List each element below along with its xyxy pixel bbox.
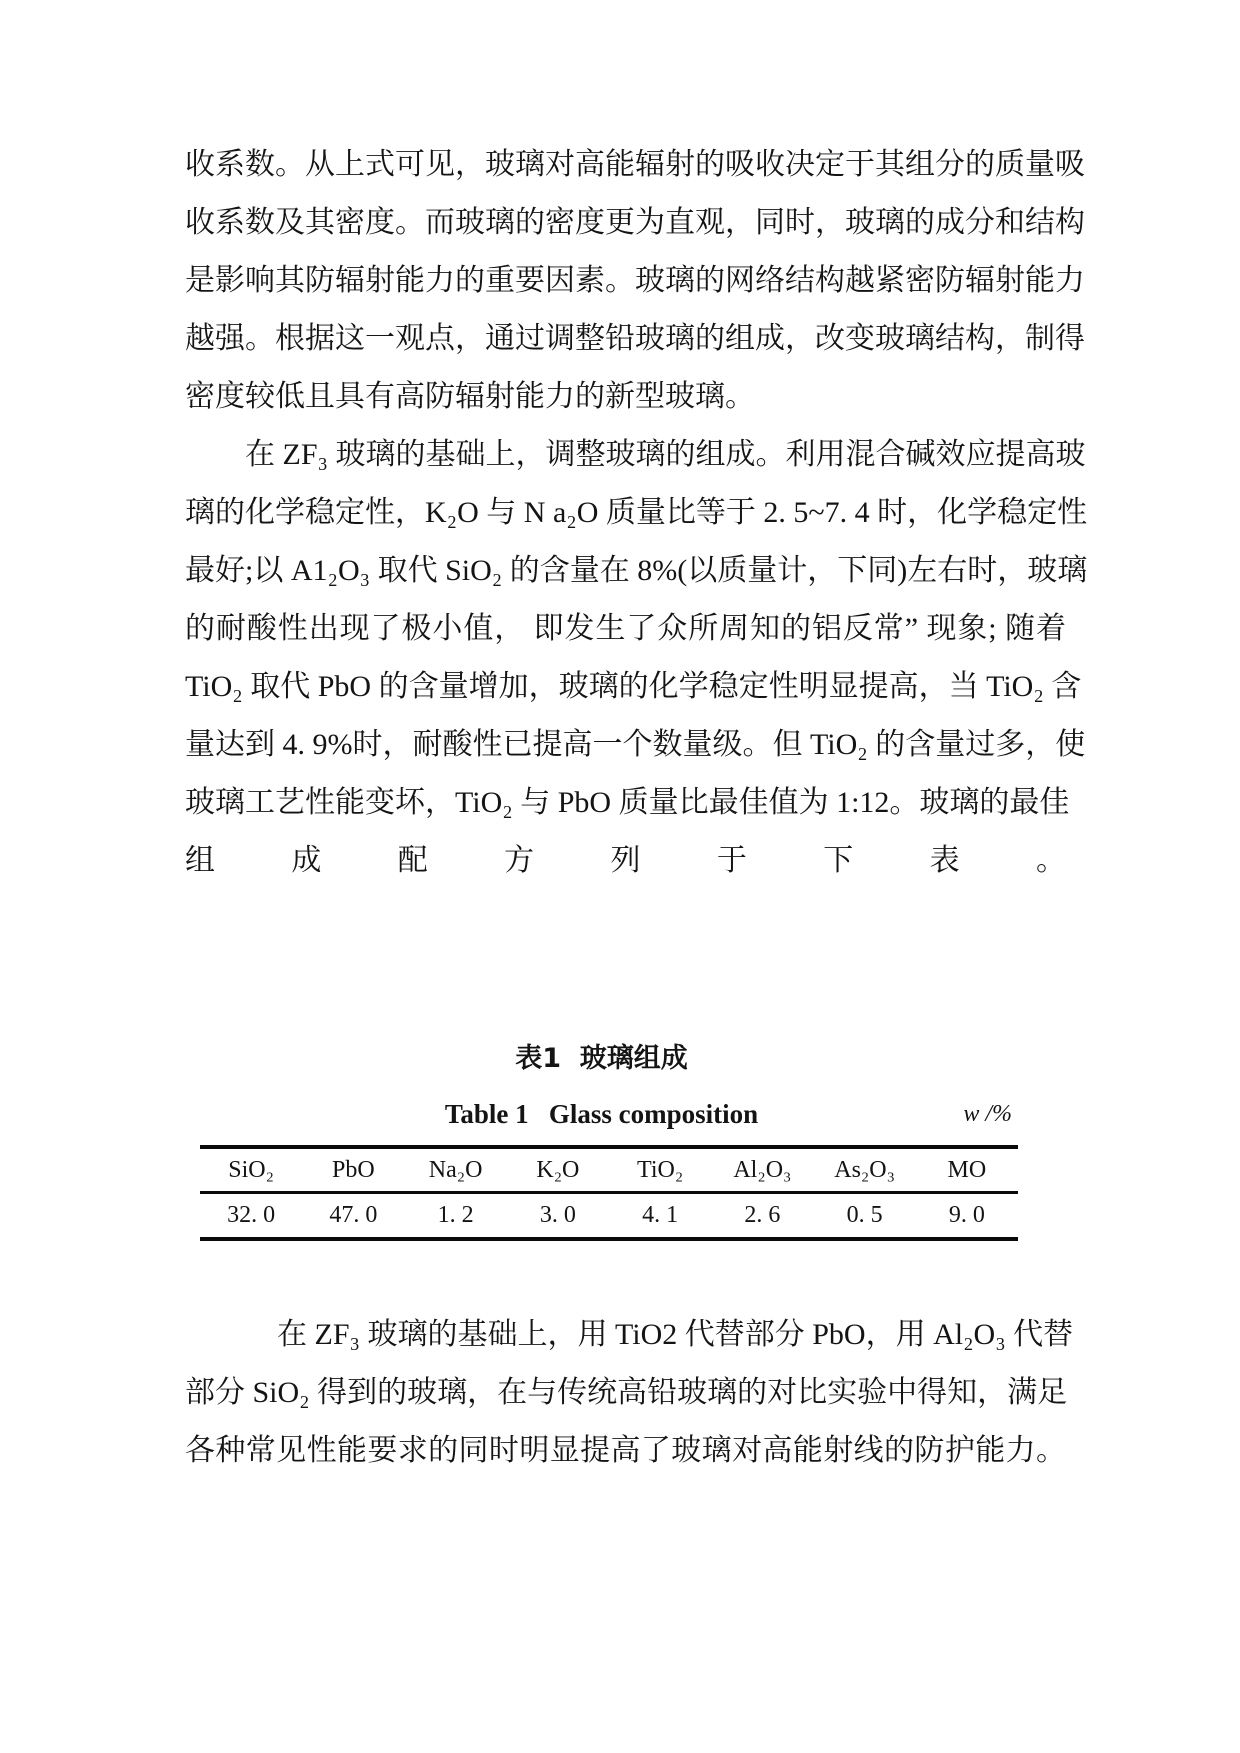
page-content: 收系数。从上式可见，玻璃对高能辐射的吸收决定于其组分的质量吸 收系数及其密度。而… bbox=[185, 136, 1066, 1480]
table-caption-en: Table 1 Glass composition bbox=[185, 1097, 1018, 1131]
table-header-cell: As₂O₃ bbox=[814, 1149, 916, 1191]
table-value-cell: 9. 0 bbox=[916, 1194, 1018, 1237]
table-header-cell: PbO bbox=[302, 1149, 404, 1191]
text-line: 各种常见性能要求的同时明显提高了玻璃对高能射线的防护能力。 bbox=[185, 1422, 1066, 1480]
text-line: TiO₂ 取代 PbO 的含量增加，玻璃的化学稳定性明显提高，当 TiO₂ 含 bbox=[185, 658, 1066, 716]
table-value-cell: 4. 1 bbox=[609, 1194, 711, 1237]
table-value-row: 32. 0 47. 0 1. 2 3. 0 4. 1 2. 6 0. 5 9. … bbox=[200, 1194, 1018, 1237]
table-header-row: SiO₂ PbO Na₂O K₂O TiO₂ Al₂O₃ As₂O₃ MO bbox=[200, 1149, 1018, 1194]
table-value-cell: 1. 2 bbox=[405, 1194, 507, 1237]
text-line: 是影响其防辐射能力的重要因素。玻璃的网络结构越紧密防辐射能力 bbox=[185, 252, 1066, 310]
document-page: 收系数。从上式可见，玻璃对高能辐射的吸收决定于其组分的质量吸 收系数及其密度。而… bbox=[0, 0, 1240, 1753]
text-line: 在 ZF₃ 玻璃的基础上，用 TiO2 代替部分 PbO，用 Al₂O₃ 代替 bbox=[185, 1306, 1066, 1364]
text-line: 收系数。从上式可见，玻璃对高能辐射的吸收决定于其组分的质量吸 bbox=[185, 136, 1066, 194]
table-section: 表1 玻璃组成 Table 1 Glass composition w /% S… bbox=[185, 1042, 1018, 1241]
text-line: 最好;以 A1₂O₃ 取代 SiO₂ 的含量在 8%(以质量计，下同)左右时，玻… bbox=[185, 542, 1066, 600]
table-header-cell: Na₂O bbox=[405, 1149, 507, 1191]
paragraph-composition-adjustment: 在 ZF₃ 玻璃的基础上，调整玻璃的组成。利用混合碱效应提高玻 璃的化学稳定性，… bbox=[185, 426, 1066, 890]
table-header-cell: TiO₂ bbox=[609, 1149, 711, 1191]
table-caption-zh: 表1 玻璃组成 bbox=[185, 1042, 1018, 1076]
text-line: 部分 SiO₂ 得到的玻璃，在与传统高铅玻璃的对比实验中得知，满足 bbox=[185, 1364, 1066, 1422]
text-line: 量达到 4. 9%时，耐酸性已提高一个数量级。但 TiO₂ 的含量过多，使 bbox=[185, 716, 1066, 774]
text-line: 璃的化学稳定性，K₂O 与 N a₂O 质量比等于 2. 5~7. 4 时，化学… bbox=[185, 484, 1066, 542]
text-line: 越强。根据这一观点，通过调整铅玻璃的组成，改变玻璃结构，制得 bbox=[185, 310, 1066, 368]
table-unit-label: w /% bbox=[963, 1101, 1012, 1128]
text-line: 的耐酸性出现了极小值， 即发生了众所周知的铝反常” 现象; 随着 bbox=[185, 600, 1066, 658]
glass-composition-table: SiO₂ PbO Na₂O K₂O TiO₂ Al₂O₃ As₂O₃ MO 32… bbox=[200, 1145, 1018, 1241]
text-line: 组成配方列于下表。 bbox=[185, 832, 1066, 890]
table-value-cell: 32. 0 bbox=[200, 1194, 302, 1237]
table-caption-row: Table 1 Glass composition w /% bbox=[185, 1097, 1018, 1131]
table-header-cell: Al₂O₃ bbox=[711, 1149, 813, 1191]
table-value-cell: 47. 0 bbox=[302, 1194, 404, 1237]
paragraph-conclusion: 在 ZF₃ 玻璃的基础上，用 TiO2 代替部分 PbO，用 Al₂O₃ 代替 … bbox=[185, 1306, 1066, 1480]
paragraph-radiation-absorption: 收系数。从上式可见，玻璃对高能辐射的吸收决定于其组分的质量吸 收系数及其密度。而… bbox=[185, 136, 1066, 426]
table-header-cell: MO bbox=[916, 1149, 1018, 1191]
table-header-cell: SiO₂ bbox=[200, 1149, 302, 1191]
text-line: 玻璃工艺性能变坏，TiO₂ 与 PbO 质量比最佳值为 1:12。玻璃的最佳 bbox=[185, 774, 1066, 832]
table-value-cell: 0. 5 bbox=[814, 1194, 916, 1237]
table-header-cell: K₂O bbox=[507, 1149, 609, 1191]
text-line: 密度较低且具有高防辐射能力的新型玻璃。 bbox=[185, 368, 1066, 426]
text-line: 收系数及其密度。而玻璃的密度更为直观，同时，玻璃的成分和结构 bbox=[185, 194, 1066, 252]
table-value-cell: 3. 0 bbox=[507, 1194, 609, 1237]
text-line: 在 ZF₃ 玻璃的基础上，调整玻璃的组成。利用混合碱效应提高玻 bbox=[185, 426, 1066, 484]
table-value-cell: 2. 6 bbox=[711, 1194, 813, 1237]
